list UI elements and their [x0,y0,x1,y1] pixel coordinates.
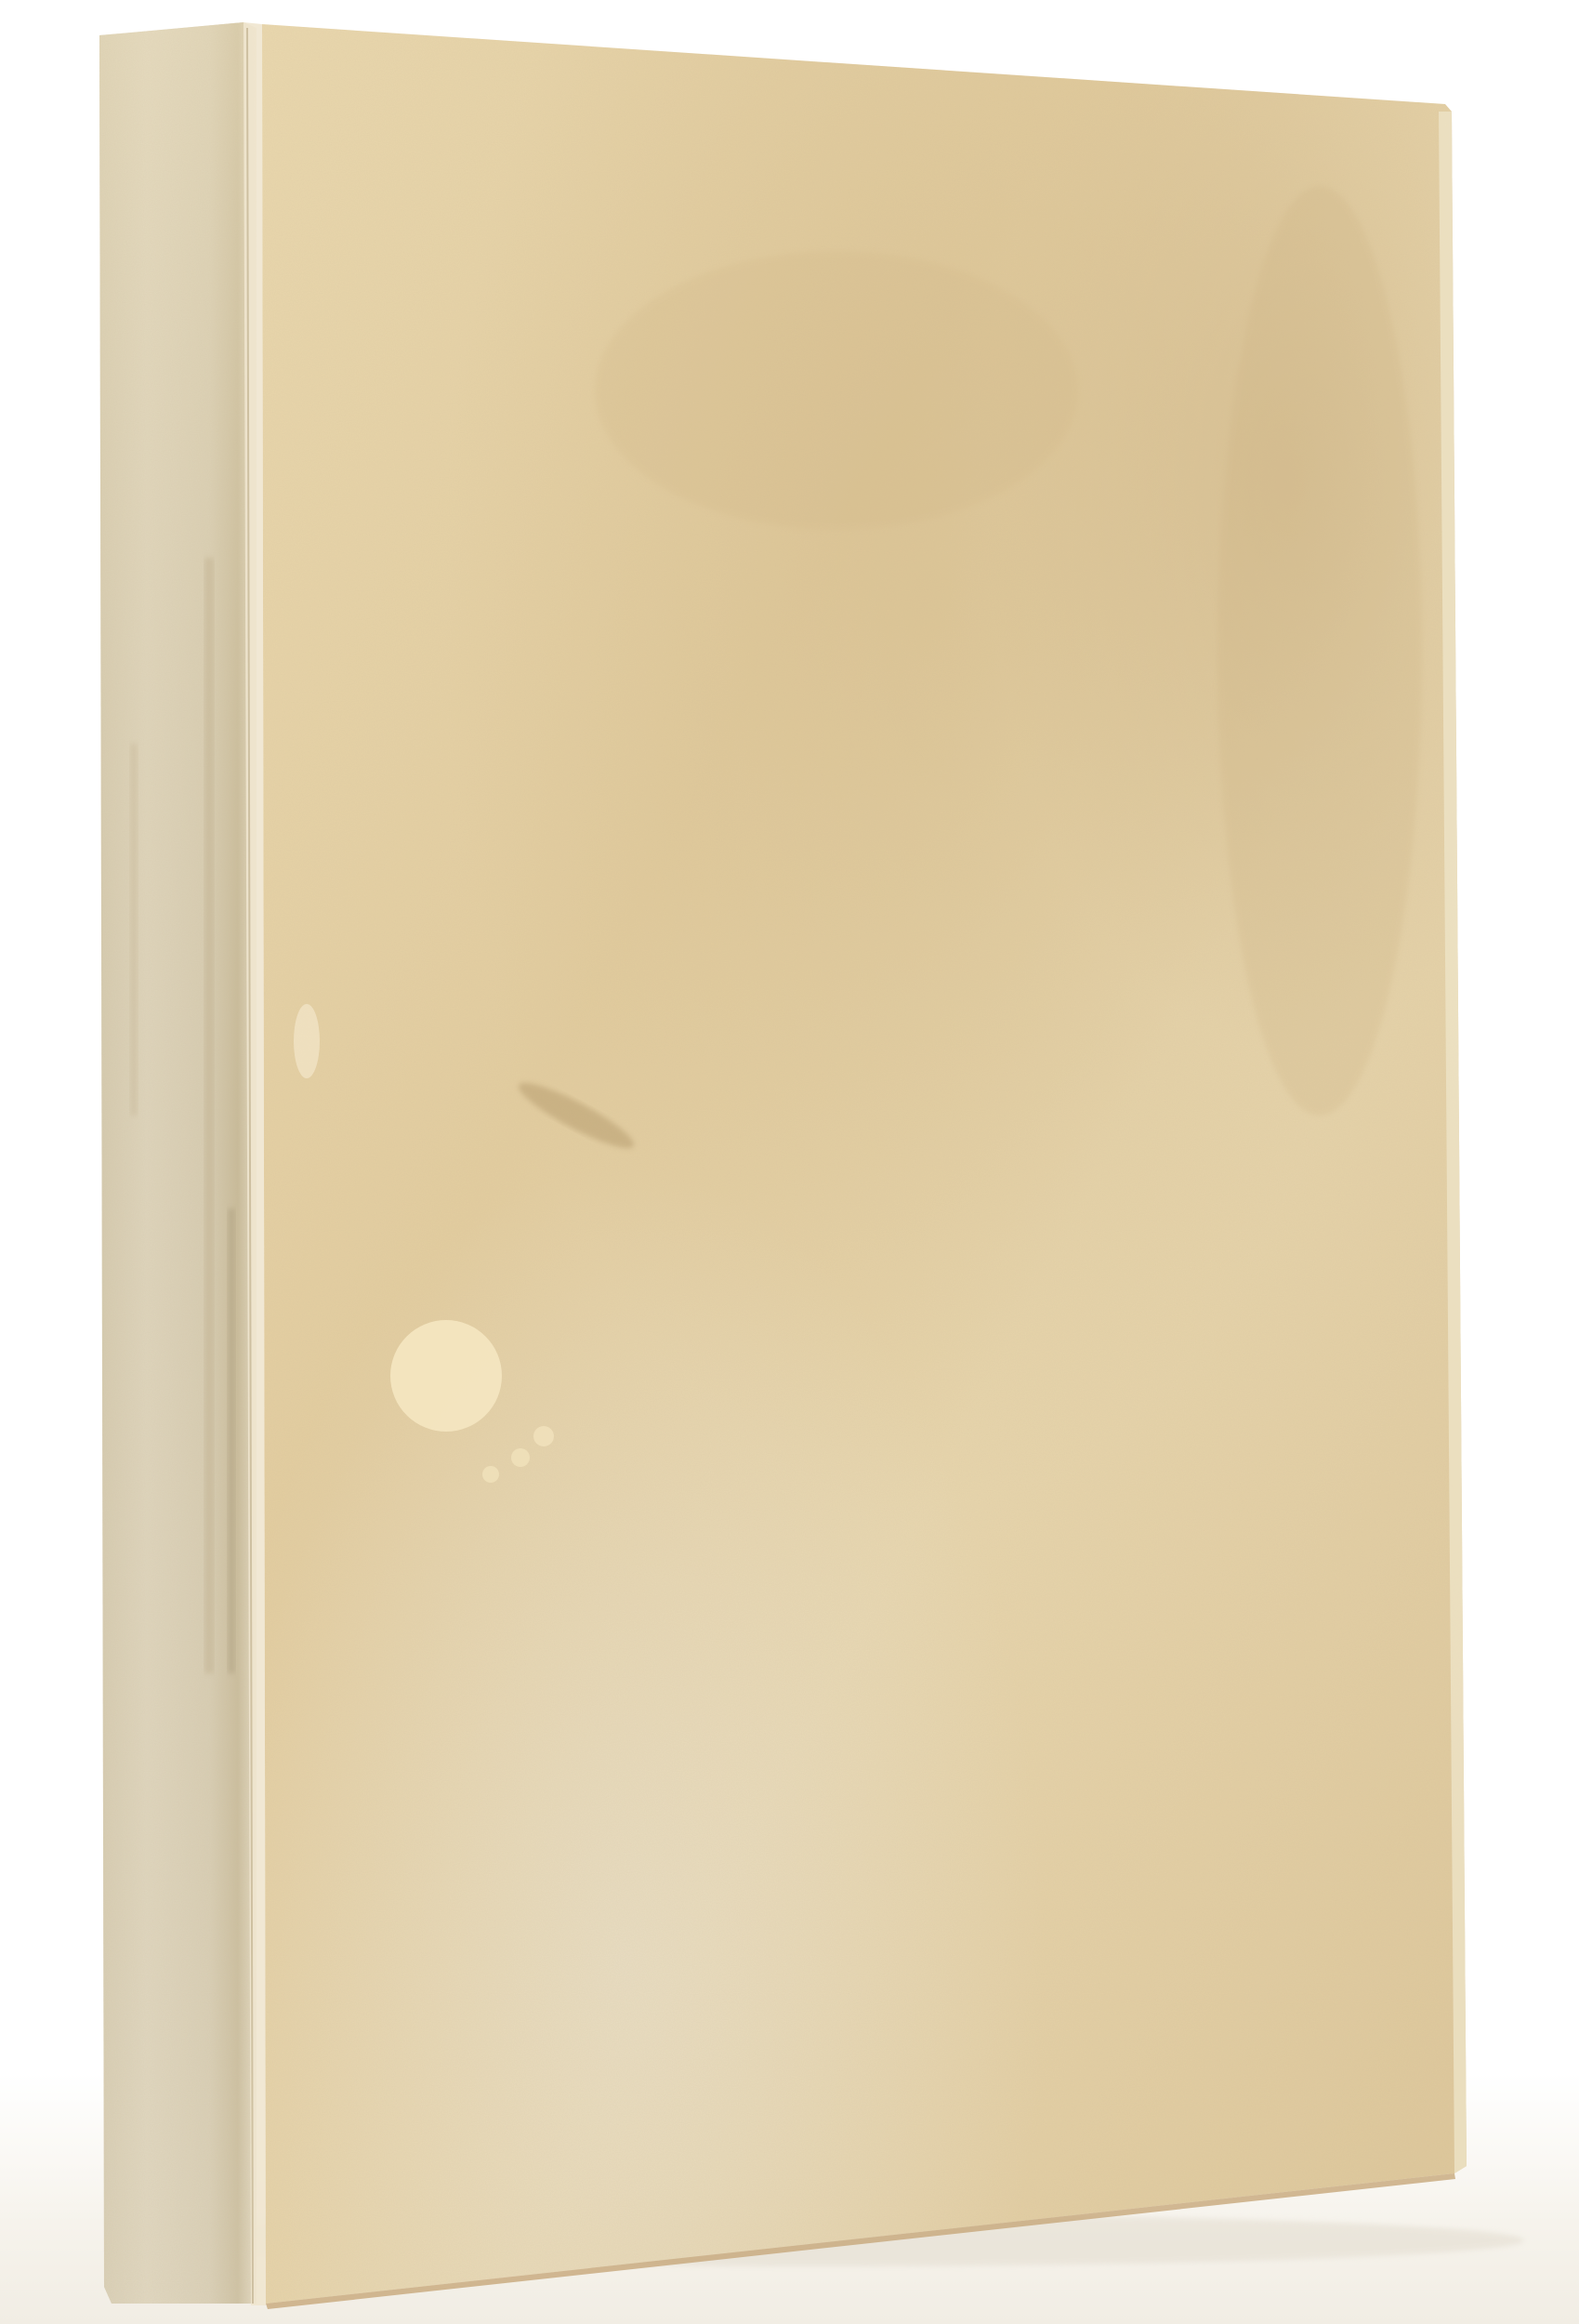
photo-scene [0,0,1579,2324]
book-front-cover [262,24,1467,2309]
book-spine [99,22,257,2304]
vellum-book [0,0,1579,2324]
